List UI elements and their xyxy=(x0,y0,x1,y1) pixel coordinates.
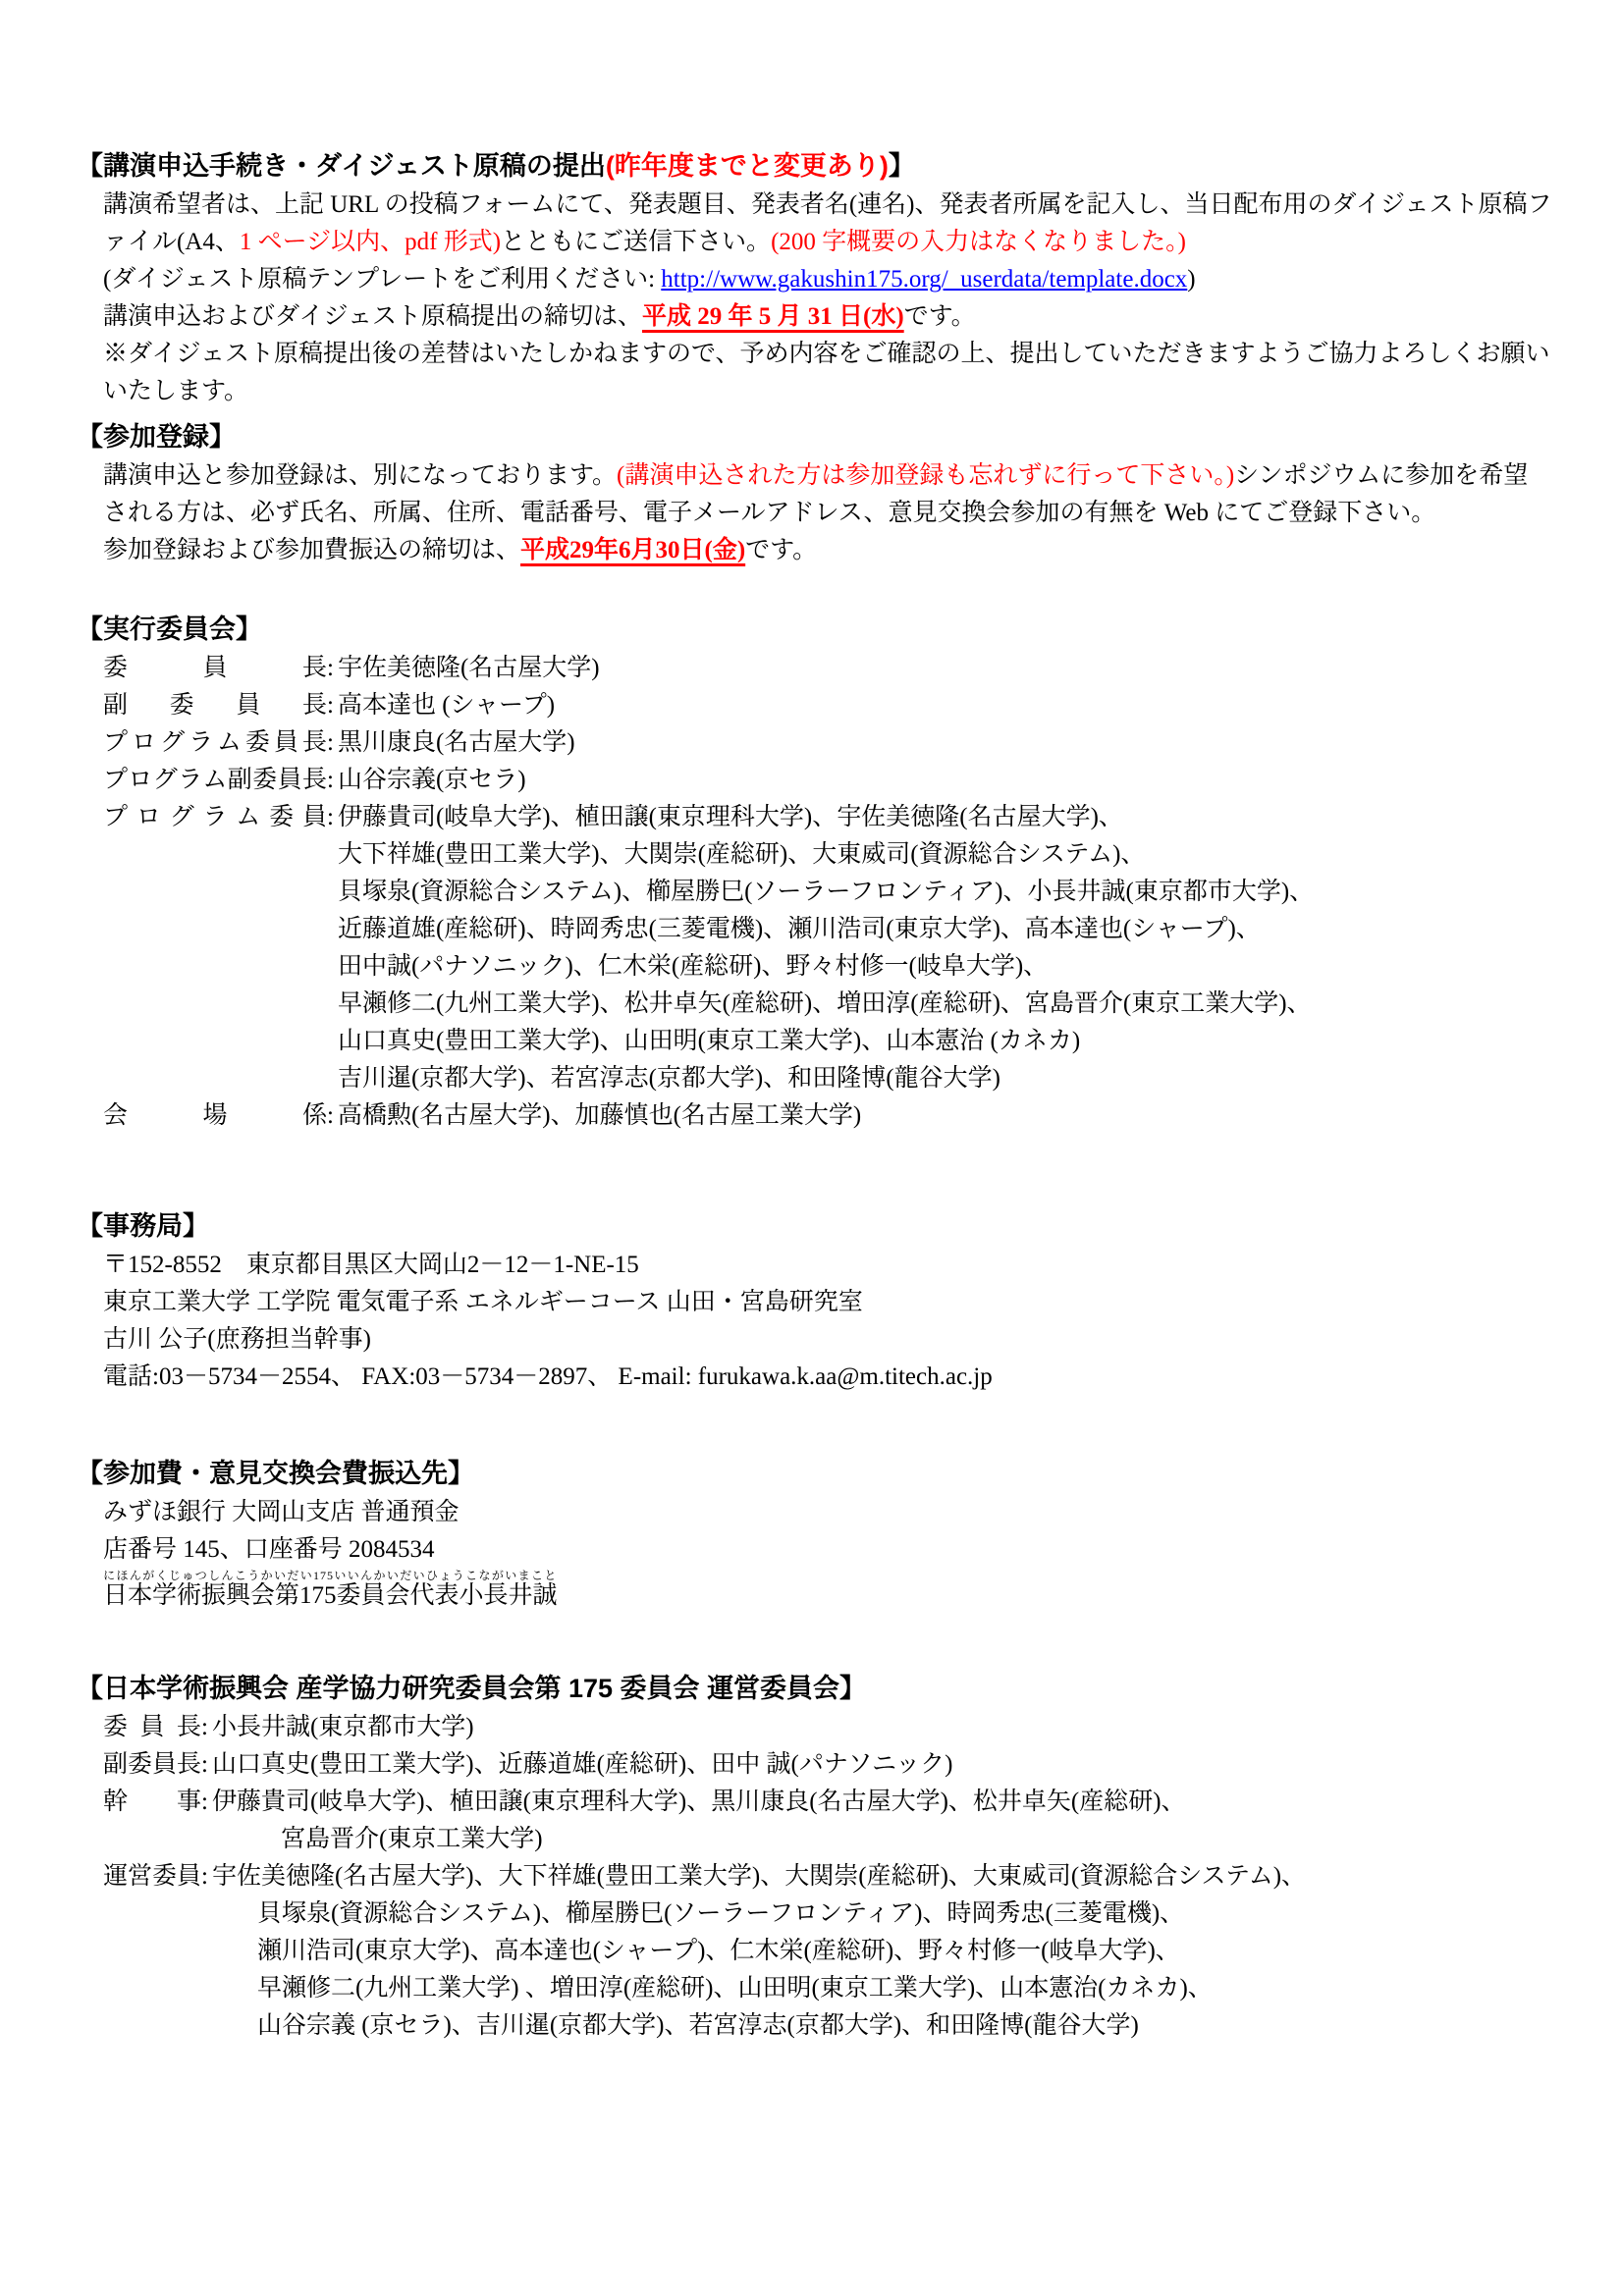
section-heading-submission: 【講演申込手続き・ダイジェスト原稿の提出(昨年度までと変更あり)】 xyxy=(77,145,1552,187)
committee-line: 瀬川浩司(東京大学)、高本達也(シャープ)、仁木栄(産総研)、野々村修一(岐阜大… xyxy=(257,1933,1552,1970)
role-colon: : xyxy=(327,762,338,799)
role-colon: : xyxy=(201,1746,212,1784)
submission-deadline-line: 講演申込およびダイジェスト原稿提出の締切は、平成 29 年 5 月 31 日(水… xyxy=(103,298,1552,336)
committee-line: 貝塚泉(資源総合システム)、櫛屋勝巳(ソーラーフロンティア)、時岡秀忠(三菱電機… xyxy=(257,1896,1552,1933)
registration-deadline-date: 平成29年6月30日(金) xyxy=(520,537,745,563)
template-docx-link[interactable]: http://www.gakushin175.org/_userdata/tem… xyxy=(661,266,1187,293)
committee-role: 会場係 xyxy=(103,1097,327,1135)
deadline-suffix: です。 xyxy=(904,303,976,330)
heading-note-red: (昨年度までと変更あり) xyxy=(606,151,889,181)
registration-deadline-suffix: です。 xyxy=(745,537,817,563)
bank-branch-line: みずほ銀行 大岡山支店 普通預金 xyxy=(103,1494,1552,1531)
committee-names: 高本達也 (シャープ) xyxy=(338,687,1552,724)
heading-close-bracket: 】 xyxy=(889,151,915,181)
account-holder-furigana: にほんがくじゅつしんこうかいだい175いいんかいだいひょうこながいまこと xyxy=(103,1569,558,1582)
bank-account-holder: 日本学術振興会第175委員会代表小長井誠にほんがくじゅつしんこうかいだい175い… xyxy=(103,1569,1552,1615)
section-heading-exec: 【実行委員会】 xyxy=(77,609,1552,650)
committee-line: 大下祥雄(豊田工業大学)、大関崇(産総研)、大東威司(資源総合システム)、 xyxy=(338,836,1552,874)
document-page: 【講演申込手続き・ダイジェスト原稿の提出(昨年度までと変更あり)】 講演希望者は… xyxy=(0,0,1621,2296)
committee-role: 幹事 xyxy=(103,1784,201,1821)
role-colon: : xyxy=(201,1784,212,1821)
bank-account-line: 店番号 145、口座番号 2084534 xyxy=(103,1531,1552,1569)
committee-role: プログラム副委員長 xyxy=(103,762,327,799)
heading-text: 【講演申込手続き・ダイジェスト原稿の提出 xyxy=(77,151,606,181)
secretariat-organization: 東京工業大学 工学院 電気電子系 エネルギーコース 山田・宮島研究室 xyxy=(103,1284,1552,1321)
role-colon: : xyxy=(327,650,338,687)
secretariat-contact-person: 古川 公子(庶務担当幹事) xyxy=(103,1321,1552,1359)
committee-role: 委員長 xyxy=(103,650,327,687)
committee-role: プログラム委員 xyxy=(103,799,327,836)
submission-p1-format-red: 1 ページ以内、pdf 形式) xyxy=(240,229,501,255)
registration-deadline-line: 参加登録および参加費振込の締切は、平成29年6月30日(金)です。 xyxy=(103,532,1552,569)
role-colon: : xyxy=(327,687,338,724)
committee-names: 山口真史(豊田工業大学)、近藤道雄(産総研)、田中 誠(パナソニック) xyxy=(212,1746,1552,1784)
committee-line: 吉川暹(京都大学)、若宮淳志(京都大学)、和田隆博(龍谷大学) xyxy=(338,1060,1552,1097)
committee-role: 副委員長 xyxy=(103,1746,201,1784)
steering-row-vice-chair: 副委員長: 山口真史(豊田工業大学)、近藤道雄(産総研)、田中 誠(パナソニック… xyxy=(103,1746,1552,1784)
submission-p1-note-red: (200 字概要の入力はなくなりました。) xyxy=(771,229,1186,255)
committee-line: 近藤道雄(産総研)、時岡秀忠(三菱電機)、瀬川浩司(東京大学)、高本達也(シャー… xyxy=(338,911,1552,948)
section-steering-committee: 【日本学術振興会 産学協力研究委員会第 175 委員会 運営委員会】 委員長: … xyxy=(77,1668,1552,2045)
committee-row-chair: 委員長: 宇佐美徳隆(名古屋大学) xyxy=(103,650,1552,687)
steering-row-secretaries: 幹事: 伊藤貴司(岐阜大学)、植田譲(東京理科大学)、黒川康良(名古屋大学)、松… xyxy=(103,1784,1552,1858)
committee-line: 貝塚泉(資源総合システム)、櫛屋勝巳(ソーラーフロンティア)、小長井誠(東京都市… xyxy=(338,874,1552,911)
committee-line: 田中誠(パナソニック)、仁木栄(産総研)、野々村修一(岐阜大学)、 xyxy=(338,948,1552,986)
section-heading-steering: 【日本学術振興会 産学協力研究委員会第 175 委員会 運営委員会】 xyxy=(77,1668,1552,1709)
committee-row-venue: 会場係: 高橋勲(名古屋大学)、加藤慎也(名古屋工業大学) xyxy=(103,1097,1552,1135)
steering-row-chair: 委員長: 小長井誠(東京都市大学) xyxy=(103,1709,1552,1746)
committee-member-lines: 宇佐美徳隆(名古屋大学)、大下祥雄(豊田工業大学)、大関崇(産総研)、大東威司(… xyxy=(212,1858,1552,2045)
account-holder-name: 日本学術振興会第175委員会代表小長井誠 xyxy=(103,1582,558,1609)
submission-p1-text2: とともにご送信下さい。 xyxy=(501,229,771,255)
deadline-text: 講演申込およびダイジェスト原稿提出の締切は、 xyxy=(103,303,642,330)
committee-names: 黒川康良(名古屋大学) xyxy=(338,724,1552,762)
committee-role: 副委員長 xyxy=(103,687,327,724)
committee-line: 山口真史(豊田工業大学)、山田明(東京工業大学)、山本憲治 (カネカ) xyxy=(338,1023,1552,1060)
registration-p1-red: (講演申込された方は参加登録も忘れずに行って下さい。) xyxy=(617,462,1234,489)
committee-row-program-members: プログラム委員: 伊藤貴司(岐阜大学)、植田譲(東京理科大学)、宇佐美徳隆(名古… xyxy=(103,799,1552,1097)
committee-line: 早瀬修二(九州工業大学) 、増田淳(産総研)、山田明(東京工業大学)、山本憲治(… xyxy=(257,1970,1552,2007)
registration-p1-text: 講演申込と参加登録は、別になっております。 xyxy=(103,462,617,489)
committee-role: 委員長 xyxy=(103,1709,201,1746)
role-colon: : xyxy=(201,1858,212,1896)
registration-deadline-text: 参加登録および参加費振込の締切は、 xyxy=(103,537,520,563)
committee-names: 高橋勲(名古屋大学)、加藤慎也(名古屋工業大学) xyxy=(338,1097,1552,1135)
role-colon: : xyxy=(327,1097,338,1135)
committee-line: 宮島晋介(東京工業大学) xyxy=(281,1821,1552,1858)
committee-line: 伊藤貴司(岐阜大学)、植田譲(東京理科大学)、宇佐美徳隆(名古屋大学)、 xyxy=(338,799,1552,836)
role-colon: : xyxy=(201,1709,212,1746)
committee-role: 運営委員 xyxy=(103,1858,201,1896)
section-exec-committee: 【実行委員会】 委員長: 宇佐美徳隆(名古屋大学) 副委員長: 高本達也 (シャ… xyxy=(77,609,1552,1135)
section-heading-registration: 【参加登録】 xyxy=(77,416,1552,457)
registration-paragraph-1: 講演申込と参加登録は、別になっております。(講演申込された方は参加登録も忘れずに… xyxy=(103,457,1552,532)
section-heading-secretariat: 【事務局】 xyxy=(77,1205,1552,1247)
committee-line: 伊藤貴司(岐阜大学)、植田譲(東京理科大学)、黒川康良(名古屋大学)、松井卓矢(… xyxy=(212,1784,1552,1821)
role-colon: : xyxy=(327,799,338,836)
committee-role: プログラム委員長 xyxy=(103,724,327,762)
committee-row-program-vice-chair: プログラム副委員長: 山谷宗義(京セラ) xyxy=(103,762,1552,799)
committee-names: 山谷宗義(京セラ) xyxy=(338,762,1552,799)
committee-line: 宇佐美徳隆(名古屋大学)、大下祥雄(豊田工業大学)、大関崇(産総研)、大東威司(… xyxy=(212,1858,1552,1896)
secretariat-address: 〒152-8552 東京都目黒区大岡山2－12－1-NE-15 xyxy=(103,1247,1552,1284)
section-registration: 【参加登録】 講演申込と参加登録は、別になっております。(講演申込された方は参加… xyxy=(77,416,1552,569)
committee-names: 小長井誠(東京都市大学) xyxy=(212,1709,1552,1746)
role-colon: : xyxy=(327,724,338,762)
template-line-close: ) xyxy=(1187,266,1195,293)
submission-note-line: ※ダイジェスト原稿提出後の差替はいたしかねますので、予め内容をご確認の上、提出し… xyxy=(103,336,1552,410)
committee-row-program-chair: プログラム委員長: 黒川康良(名古屋大学) xyxy=(103,724,1552,762)
section-submission: 【講演申込手続き・ダイジェスト原稿の提出(昨年度までと変更あり)】 講演希望者は… xyxy=(77,145,1552,410)
committee-names: 宇佐美徳隆(名古屋大学) xyxy=(338,650,1552,687)
account-holder-ruby: 日本学術振興会第175委員会代表小長井誠にほんがくじゅつしんこうかいだい175い… xyxy=(103,1582,558,1609)
committee-member-lines: 伊藤貴司(岐阜大学)、植田譲(東京理科大学)、黒川康良(名古屋大学)、松井卓矢(… xyxy=(212,1784,1552,1858)
submission-paragraph-1: 講演希望者は、上記 URL の投稿フォームにて、発表題目、発表者名(連名)、発表… xyxy=(103,187,1552,261)
section-secretariat: 【事務局】 〒152-8552 東京都目黒区大岡山2－12－1-NE-15 東京… xyxy=(77,1205,1552,1396)
secretariat-phone-fax-email: 電話:03－5734－2554、 FAX:03－5734－2897、 E-mai… xyxy=(103,1359,1552,1396)
committee-line: 早瀬修二(九州工業大学)、松井卓矢(産総研)、増田淳(産総研)、宮島晋介(東京工… xyxy=(338,986,1552,1023)
committee-line: 山谷宗義 (京セラ)、吉川暹(京都大学)、若宮淳志(京都大学)、和田隆博(龍谷大… xyxy=(257,2007,1552,2045)
steering-row-members: 運営委員: 宇佐美徳隆(名古屋大学)、大下祥雄(豊田工業大学)、大関崇(産総研)… xyxy=(103,1858,1552,2045)
committee-member-lines: 伊藤貴司(岐阜大学)、植田譲(東京理科大学)、宇佐美徳隆(名古屋大学)、 大下祥… xyxy=(338,799,1552,1097)
template-line-text: (ダイジェスト原稿テンプレートをご利用ください: xyxy=(103,266,661,293)
submission-template-line: (ダイジェスト原稿テンプレートをご利用ください: http://www.gaku… xyxy=(103,261,1552,298)
section-bank-transfer: 【参加費・意見交換会費振込先】 みずほ銀行 大岡山支店 普通預金 店番号 145… xyxy=(77,1453,1552,1615)
submission-deadline-date: 平成 29 年 5 月 31 日(水) xyxy=(642,303,904,330)
section-heading-bank: 【参加費・意見交換会費振込先】 xyxy=(77,1453,1552,1494)
committee-row-vice-chair: 副委員長: 高本達也 (シャープ) xyxy=(103,687,1552,724)
